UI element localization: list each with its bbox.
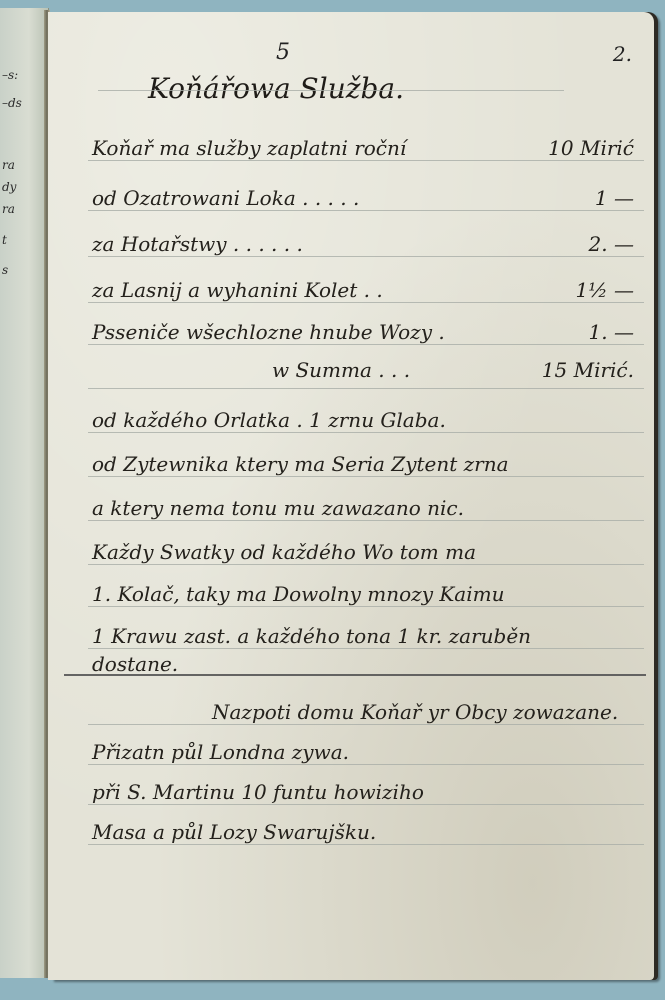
left-page-fragment: t (2, 233, 7, 247)
ledger-entry: Psseniče wšechlozne hnube Wozy . 1. — (92, 320, 638, 344)
entry-amount: 1½ — (576, 278, 638, 302)
ruled-line (88, 302, 644, 303)
total-amount: 15 Mirić. (542, 358, 638, 382)
page-number: 2. (613, 42, 632, 66)
ruled-line (88, 724, 644, 725)
ruled-line (88, 344, 644, 345)
entry-amount: 1. — (589, 320, 638, 344)
ruled-line (88, 804, 644, 805)
manuscript-page: 5 2. Koňářowa Služba. Koňař ma služby za… (48, 12, 654, 980)
paragraph-line: Přizatn půl Londna zywa. (92, 740, 638, 764)
total-label: w Summa . . . (92, 358, 410, 382)
paragraph-line: Nazpoti domu Koňař yr Obcy zowazane. (92, 700, 638, 724)
facing-page-left: –s: –ds ra dy ra t s (0, 8, 49, 978)
entry-amount: 10 Mirić (548, 136, 638, 160)
left-page-fragment: dy (2, 180, 16, 194)
entry-text: za Lasnij a wyhanini Kolet . . (92, 278, 383, 302)
left-page-fragment: –ds (2, 96, 22, 110)
left-page-fragment: ra (2, 202, 15, 216)
ruled-line (88, 476, 644, 477)
ruled-line (88, 432, 644, 433)
ledger-entry: za Lasnij a wyhanini Kolet . . 1½ — (92, 278, 638, 302)
paragraph-line: Masa a půl Lozy Swarujšku. (92, 820, 638, 844)
ruled-line (88, 564, 644, 565)
entry-amount: 1 — (595, 186, 638, 210)
ruled-line (88, 606, 644, 607)
ledger-entry: Koňař ma služby zaplatni roční 10 Mirić (92, 136, 638, 160)
ledger-entry: od Ozatrowani Loka . . . . . 1 — (92, 186, 638, 210)
paragraph-line: 1. Kolač, taky ma Dowolny mnozy Kaimu (92, 582, 638, 606)
ruled-line (88, 520, 644, 521)
entry-amount: 2. — (589, 232, 638, 256)
ruled-line (88, 844, 644, 845)
left-page-fragment: –s: (2, 68, 18, 82)
ruled-line (88, 210, 644, 211)
entry-text: Psseniče wšechlozne hnube Wozy . (92, 320, 445, 344)
ruled-line (88, 256, 644, 257)
paragraph-line: a ktery nema tonu mu zawazano nic. (92, 496, 638, 520)
paragraph-text: Nazpoti domu Koňař yr Obcy zowazane. (92, 700, 618, 724)
ledger-total: w Summa . . . 15 Mirić. (92, 358, 638, 382)
folio-mark: 5 (276, 40, 290, 65)
entry-text: Koňař ma služby zaplatni roční (92, 136, 406, 160)
page-title: Koňářowa Služba. (148, 72, 404, 105)
paragraph-line: od každého Orlatka . 1 zrnu Glaba. (92, 408, 638, 432)
ruled-line (88, 160, 644, 161)
ruled-line (88, 388, 644, 389)
ledger-entry: za Hotařstwy . . . . . . 2. — (92, 232, 638, 256)
paragraph-line: Každy Swatky od každého Wo tom ma (92, 540, 638, 564)
paragraph-line: od Zytewnika ktery ma Seria Zytent zrna (92, 452, 638, 476)
entry-text: od Ozatrowani Loka . . . . . (92, 186, 359, 210)
paragraph-line: dostane. (92, 652, 638, 676)
ruled-line (88, 764, 644, 765)
paragraph-line: při S. Martinu 10 funtu howiziho (92, 780, 638, 804)
left-page-fragment: s (2, 263, 8, 277)
entry-text: za Hotařstwy . . . . . . (92, 232, 303, 256)
ruled-line (88, 648, 644, 649)
left-page-fragment: ra (2, 158, 15, 172)
paragraph-line: 1 Krawu zast. a každého tona 1 kr. zarub… (92, 624, 638, 648)
title-underline (98, 90, 564, 91)
